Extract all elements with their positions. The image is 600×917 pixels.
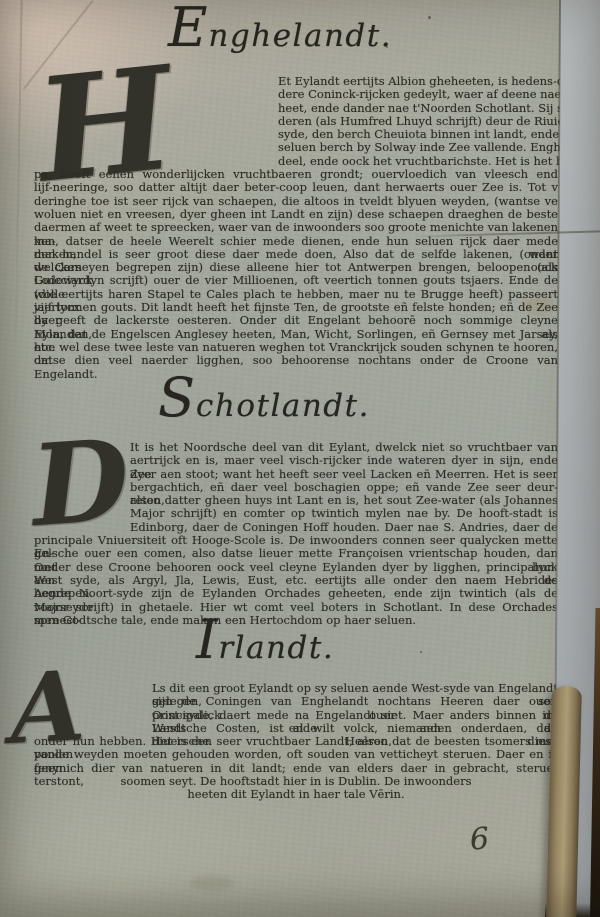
text-line: pa; heeft eenen wonderlijcken vruchtbaer… xyxy=(34,168,558,181)
text-line: Et Eylandt eertijts Albion gheheeten, is… xyxy=(278,75,558,88)
text-line: by geeft de lackerste oesteren. Onder di… xyxy=(34,314,558,327)
text-line: den handel is seer groot diese daer mede… xyxy=(34,248,558,261)
text-line: heet, ende dander nae t'Noorden Schotlan… xyxy=(278,102,558,115)
text-line: Edinborg, daer de Coningen Hoff houden. … xyxy=(130,521,558,534)
book-photo: Enghelandt. H Et Eylandt eertijts Albion… xyxy=(0,0,600,917)
text-line: (die eertijts haren Stapel te Cales plac… xyxy=(34,288,558,301)
text-line: Guicciardyn scrijft) ouer de vier Millio… xyxy=(34,274,558,287)
paragraph-scotland: It is het Noordsche deel van dit Eylant,… xyxy=(34,441,558,627)
text-line: gelsche ouer een comen, also datse lieue… xyxy=(34,547,558,560)
text-line: lijf-neeringe, soo datter altijt daer be… xyxy=(34,181,558,194)
text-line: vande weyden moeten gehouden worden, oft… xyxy=(34,748,558,761)
text-line: deel, ende oock het vruchtbarichste. Het… xyxy=(278,155,558,168)
text-line: dere Coninck-rijcken gedeylt, waer af de… xyxy=(278,88,558,101)
text-line: men Godtsche tale, ende maken een Hertoc… xyxy=(34,614,558,627)
title-initial: S xyxy=(158,366,193,429)
section-title-england: Enghelandt. xyxy=(168,18,392,54)
text-line: woluen niet en vreesen, dyer gheen int L… xyxy=(34,208,558,221)
text-line: seluen berch by Solway inde Zee vallende… xyxy=(278,141,558,154)
text-line: Mon, dat de Engelscen Anglesey heeten, M… xyxy=(34,328,558,341)
text-line: principale Vniuersiteit oft Hooge-Scole … xyxy=(34,534,558,547)
wooden-stick xyxy=(546,686,582,917)
text-line: deren (als Humfred Lhuyd schrijft) deur … xyxy=(278,115,558,128)
text-line: ken, datser de heele Weerelt schier mede… xyxy=(34,235,558,248)
text-line: daermen af weet te spreecken, waer van d… xyxy=(34,221,558,234)
text-line: onder hun hebben. Het is een seer vrucht… xyxy=(34,735,558,748)
section-title-ireland: Irlandt. xyxy=(196,630,334,666)
paragraph-england: Et Eylandt eertijts Albion gheheeten, is… xyxy=(34,75,558,368)
text-line: heeten dit Eylandt in haer tale Vērin. xyxy=(34,788,558,801)
text-line: fenynich dier van natueren in dit landt;… xyxy=(34,762,558,775)
paragraph-ireland: Ls dit een groot Eylandt op sy seluen ae… xyxy=(34,682,558,802)
page-number: 6 xyxy=(469,821,490,857)
text-line: de Carseyen begrepen zijn) diese alleene… xyxy=(34,261,558,274)
text-line: hoe wel dese twee leste van natueren weg… xyxy=(34,341,558,354)
text-line: West syde, als Argyl, Jla, Lewis, Eust, … xyxy=(34,574,558,587)
text-line: syde, den berch Cheuiota binnen int land… xyxy=(278,128,558,141)
title-initial: I xyxy=(196,608,215,671)
text-line: dyer aen stoot; want het heeft seer veel… xyxy=(130,468,558,481)
text-line: soomen seyt. De hooftstadt hier in is Du… xyxy=(34,775,558,788)
text-line: datse dien veel naerder ligghen, soo beh… xyxy=(34,354,558,367)
text-line: vijf tonnen gouts. Dit landt heeft het f… xyxy=(34,301,558,314)
printed-page-content: Enghelandt. H Et Eylandt eertijts Albion… xyxy=(0,0,600,917)
section-title-scotland: Schotlandt. xyxy=(158,388,370,424)
title-initial: E xyxy=(168,0,205,59)
text-line: Onder dese Croone behooren oock veel cle… xyxy=(34,561,558,574)
text-line: deringhe toe ist seer rijck van schaepen… xyxy=(34,195,558,208)
title-text: rlandt. xyxy=(218,630,334,666)
title-text: chotlandt. xyxy=(196,388,370,424)
text-line: Westsche Costen, ist al wilt volck, niem… xyxy=(152,722,558,735)
text-line: alsoo datter gheen huys int Lant en is, … xyxy=(130,494,558,507)
text-line: sijn de Coningen van Enghelandt nochtans… xyxy=(152,695,558,708)
text-line: Ls dit een groot Eylandt op sy seluen ae… xyxy=(152,682,558,695)
title-text: nghelandt. xyxy=(208,18,392,54)
text-line: Major scrijft) in ghetaele. Hier wt comt… xyxy=(34,601,558,614)
text-line: bergachtich, eñ daer veel boschagien opp… xyxy=(130,481,558,494)
text-line: Oost-syde, daert mede na Engelandt siet.… xyxy=(152,709,558,722)
text-line: Major schrijft) en comter op twintich my… xyxy=(130,507,558,520)
text-line: It is het Noordsche deel van dit Eylant,… xyxy=(130,441,558,454)
text-line: Aende Noort-syde zijn de Eylanden Orchad… xyxy=(34,587,558,600)
text-line: aertrijck en is, maer veel visch-rijcker… xyxy=(130,454,558,467)
